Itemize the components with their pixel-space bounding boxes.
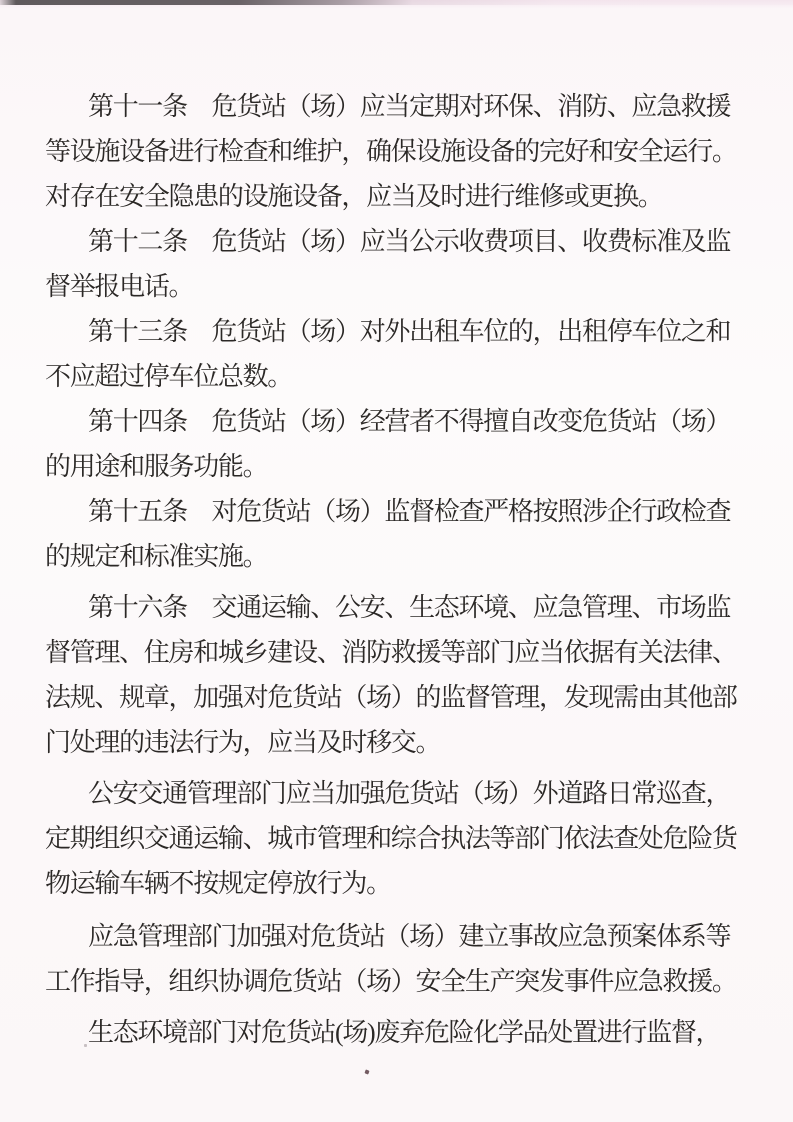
text-line: 对存在安全隐患的设施设备，应当及时进行维修或更换。 bbox=[45, 174, 745, 219]
text-line: 应急管理部门加强对危货站（场）建立事故应急预案体系等 bbox=[45, 914, 745, 959]
paragraph-article-13: 第十三条 危货站（场）对外出租车位的，出租停车位之和 不应超过停车位总数。 bbox=[45, 309, 745, 399]
text-line: 公安交通管理部门应当加强危货站（场）外道路日常巡查， bbox=[45, 771, 745, 816]
document-text: 第十一条 危货站（场）应当定期对环保、消防、应急救援 等设施设备进行检查和维护，… bbox=[45, 84, 745, 1055]
paragraph-article-12: 第十二条 危货站（场）应当公示收费项目、收费标准及监 督举报电话。 bbox=[45, 219, 745, 309]
text-line: 法规、规章，加强对危货站（场）的监督管理，发现需由其他部 bbox=[45, 675, 745, 720]
text-line: 第十二条 危货站（场）应当公示收费项目、收费标准及监 bbox=[45, 219, 745, 264]
paragraph-article-15: 第十五条 对危货站（场）监督检查严格按照涉企行政检查 的规定和标准实施。 bbox=[45, 489, 745, 579]
text-line: 工作指导，组织协调危货站（场）安全生产突发事件应急救援。 bbox=[45, 959, 745, 1004]
text-line: 生态环境部门对危货站(场)废弃危险化学品处置进行监督， bbox=[45, 1010, 745, 1055]
text-line: 第十六条 交通运输、公安、生态环境、应急管理、市场监 bbox=[45, 585, 745, 630]
scanned-page: 第十一条 危货站（场）应当定期对环保、消防、应急救援 等设施设备进行检查和维护，… bbox=[0, 0, 793, 1122]
text-line: 第十四条 危货站（场）经营者不得擅自改变危货站（场） bbox=[45, 399, 745, 444]
scan-speck bbox=[364, 1069, 369, 1074]
text-line: 第十五条 对危货站（场）监督检查严格按照涉企行政检查 bbox=[45, 489, 745, 534]
paragraph-ecology-environment: 生态环境部门对危货站(场)废弃危险化学品处置进行监督， bbox=[45, 1010, 745, 1055]
paragraph-article-16: 第十六条 交通运输、公安、生态环境、应急管理、市场监 督管理、住房和城乡建设、消… bbox=[45, 585, 745, 765]
text-line: 督管理、住房和城乡建设、消防救援等部门应当依据有关法律、 bbox=[45, 630, 745, 675]
paragraph-public-security-patrol: 公安交通管理部门应当加强危货站（场）外道路日常巡查， 定期组织交通运输、城市管理… bbox=[45, 771, 745, 906]
scan-speck bbox=[84, 1044, 87, 1047]
text-line: 督举报电话。 bbox=[45, 264, 745, 309]
text-line: 不应超过停车位总数。 bbox=[45, 354, 745, 399]
text-line: 定期组织交通运输、城市管理和综合执法等部门依法查处危险货 bbox=[45, 816, 745, 861]
text-line: 第十一条 危货站（场）应当定期对环保、消防、应急救援 bbox=[45, 84, 745, 129]
paragraph-article-14: 第十四条 危货站（场）经营者不得擅自改变危货站（场） 的用途和服务功能。 bbox=[45, 399, 745, 489]
paragraph-emergency-management: 应急管理部门加强对危货站（场）建立事故应急预案体系等 工作指导，组织协调危货站（… bbox=[45, 914, 745, 1004]
text-line: 等设施设备进行检查和维护，确保设施设备的完好和安全运行。 bbox=[45, 129, 745, 174]
text-line: 的用途和服务功能。 bbox=[45, 444, 745, 489]
text-line: 门处理的违法行为，应当及时移交。 bbox=[45, 720, 745, 765]
text-line: 物运输车辆不按规定停放行为。 bbox=[45, 861, 745, 906]
paragraph-article-11: 第十一条 危货站（场）应当定期对环保、消防、应急救援 等设施设备进行检查和维护，… bbox=[45, 84, 745, 219]
scan-artifact-top-edge bbox=[0, 0, 793, 5]
text-line: 的规定和标准实施。 bbox=[45, 534, 745, 579]
text-line: 第十三条 危货站（场）对外出租车位的，出租停车位之和 bbox=[45, 309, 745, 354]
